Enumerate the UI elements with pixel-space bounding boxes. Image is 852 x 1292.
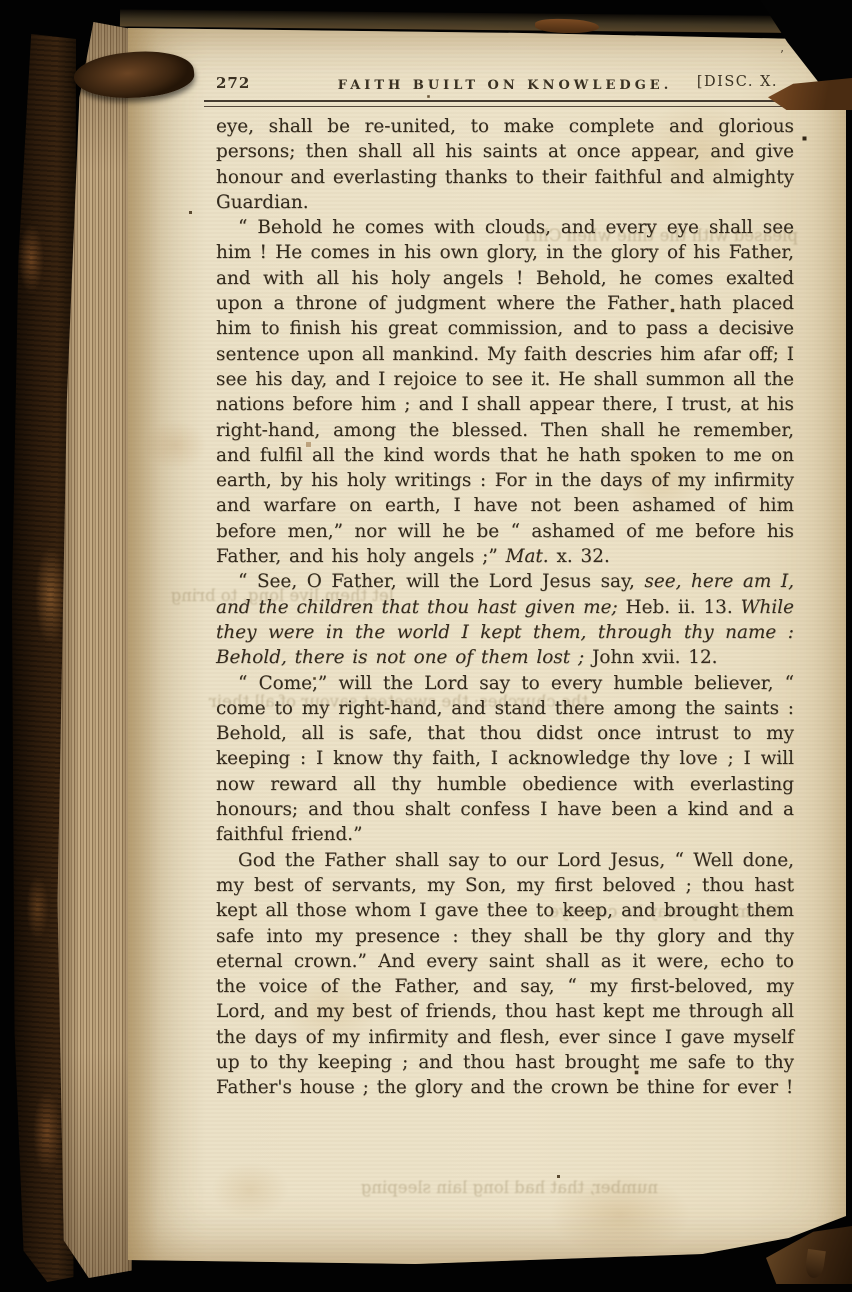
- show-through-text: number, that had long lain sleeping: [308, 1178, 658, 1197]
- photo-backdrop: { "meta": { "kind": "scanned-book-page-p…: [0, 0, 852, 1292]
- paragraph: “ Come,” will the Lord say to every humb…: [216, 671, 794, 848]
- book-page: pleased with the time when Chrilet them …: [128, 26, 846, 1266]
- paragraph: eye, shall be re-united, to make complet…: [216, 114, 794, 215]
- paragraph: “ Behold he comes with clouds, and every…: [216, 215, 794, 569]
- text-block: eye, shall be re-united, to make complet…: [216, 114, 794, 1101]
- paragraph: God the Father shall say to our Lord Jes…: [216, 848, 794, 1101]
- paragraph: “ See, O Father, will the Lord Jesus say…: [216, 569, 794, 670]
